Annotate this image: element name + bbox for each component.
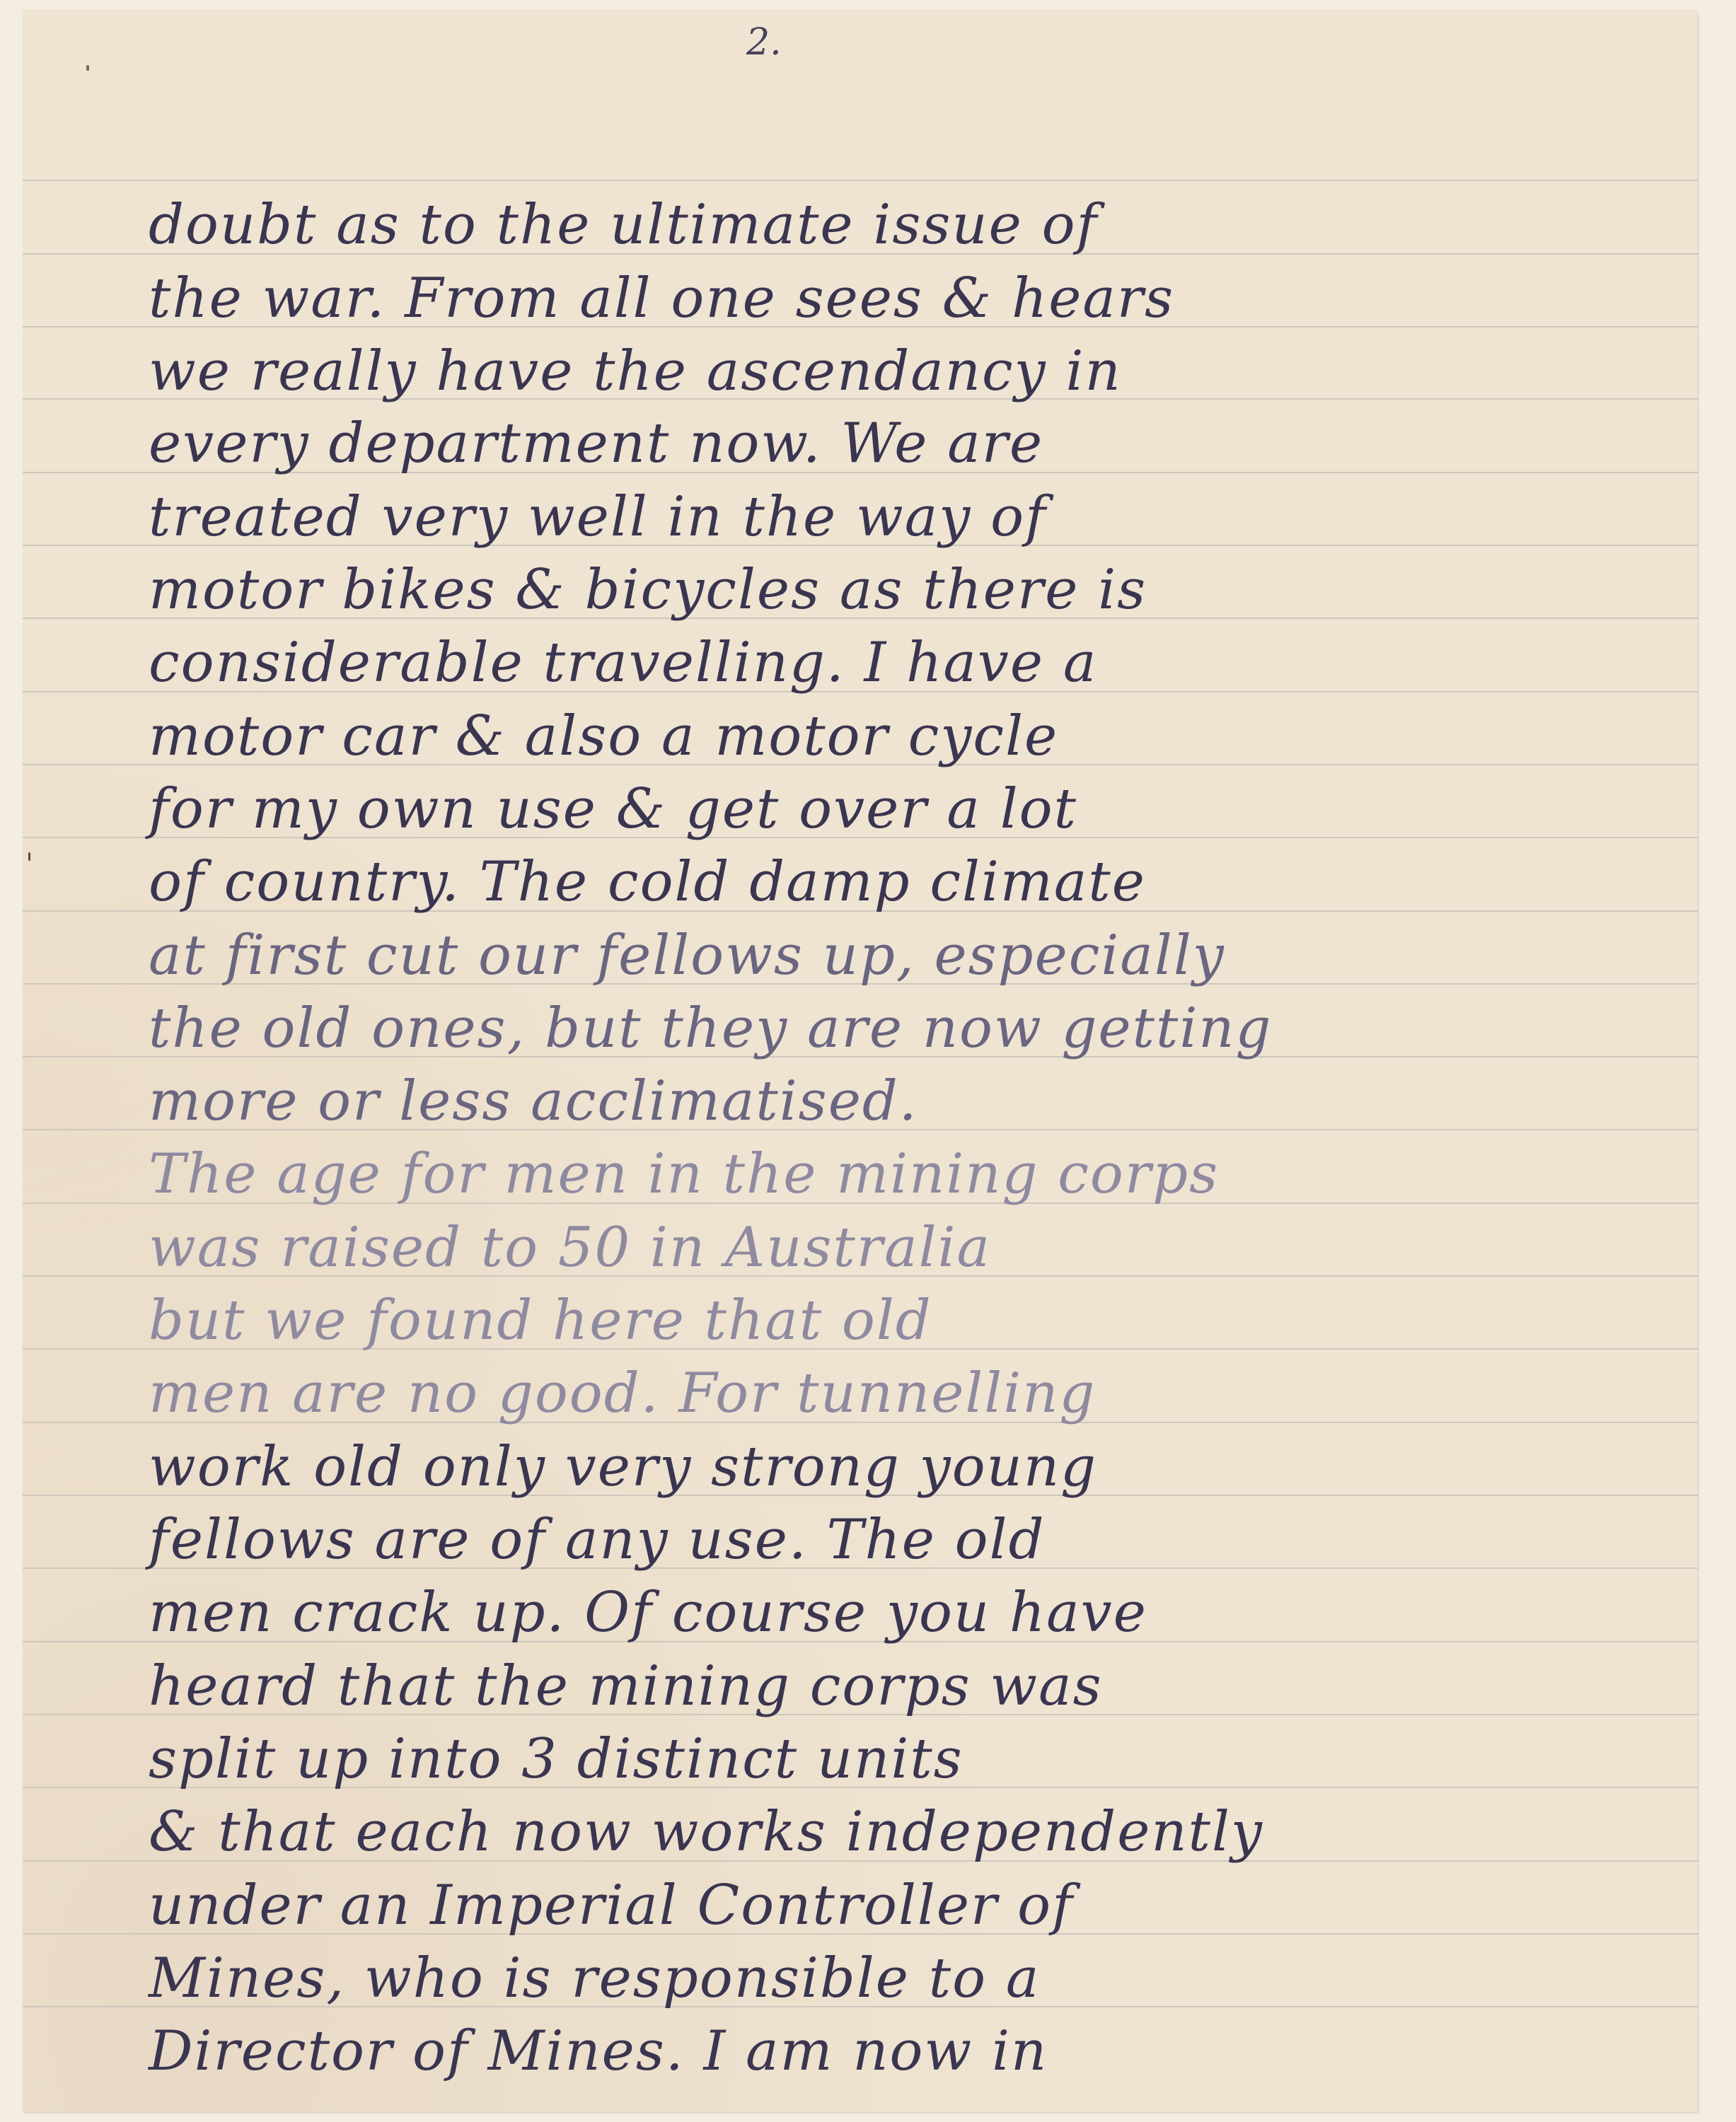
text-line: the war. From all one sees & hears <box>149 262 1648 335</box>
text-line: motor car & also a motor cycle <box>149 700 1648 773</box>
text-line: Director of Mines. I am now in <box>149 2015 1648 2088</box>
text-line: motor bikes & bicycles as there is <box>149 554 1648 627</box>
text-line: of country. The cold damp climate <box>149 846 1648 919</box>
text-line: more or less acclimatised. <box>149 1065 1648 1138</box>
text-line: fellows are of any use. The old <box>149 1504 1648 1577</box>
text-line: considerable travelling. I have a <box>149 627 1648 700</box>
text-line: & that each now works independently <box>149 1796 1648 1869</box>
text-line: The age for men in the mining corps <box>149 1138 1648 1211</box>
text-line: men crack up. Of course you have <box>149 1577 1648 1650</box>
text-line: split up into 3 distinct units <box>149 1723 1648 1796</box>
text-line: Mines, who is responsible to a <box>149 1942 1648 2015</box>
text-line: treated very well in the way of <box>149 481 1648 554</box>
text-line: the old ones, but they are now getting <box>149 992 1648 1065</box>
text-line: under an Imperial Controller of <box>149 1869 1648 1942</box>
text-line: we really have the ascendancy in <box>149 335 1648 408</box>
page-number: 2. <box>746 21 831 64</box>
text-line: work old only very strong young <box>149 1431 1648 1504</box>
text-line: but we found here that old <box>149 1285 1648 1357</box>
text-line: at first cut our fellows up, especially <box>149 920 1648 992</box>
text-line: was raised to 50 in Australia <box>149 1212 1648 1285</box>
text-line: men are no good. For tunnelling <box>149 1357 1648 1430</box>
text-line: heard that the mining corps was <box>149 1650 1648 1723</box>
paper-speck <box>28 852 30 861</box>
text-line: doubt as to the ultimate issue of <box>149 189 1648 262</box>
ruled-line <box>23 180 1698 181</box>
paper-speck <box>86 65 89 71</box>
text-line: for my own use & get over a lot <box>149 773 1648 846</box>
text-line: every department now. We are <box>149 407 1648 480</box>
